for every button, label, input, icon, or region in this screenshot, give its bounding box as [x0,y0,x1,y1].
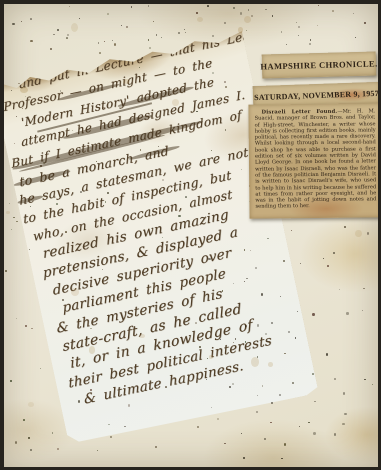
speck [30,40,32,42]
clipping-masthead: HAMPSHIRE CHRONICLE. [262,52,377,79]
speck [323,258,324,259]
speck [246,30,247,31]
speck [355,230,362,238]
speck [299,426,301,428]
speck [50,48,52,50]
speck [30,18,32,20]
speck [248,9,249,10]
speck [334,433,336,435]
speck [30,449,32,451]
speck [244,16,252,23]
photo-frame: and put in Lecture — that his Lecture Pr… [0,0,381,470]
speck [71,23,78,32]
speck [10,380,12,381]
speck [367,232,369,235]
speck [131,6,133,8]
speck [12,23,14,25]
speck [313,432,316,435]
speck [15,441,17,444]
speck [16,221,18,223]
speck [153,21,154,22]
speck [256,411,258,413]
speck [155,446,157,449]
speck [317,25,318,26]
article-body: —Mr. H. M. Suacid, manager of Brown Bros… [255,108,377,210]
speck [264,438,266,440]
speck [342,423,344,425]
speck [21,21,22,22]
speck [212,35,213,36]
speck [13,217,15,218]
speck [107,13,108,15]
speck [271,402,273,403]
speck [241,433,242,434]
speck [148,39,149,41]
speck [28,402,35,407]
speck [333,252,335,254]
speck [298,35,299,36]
speck [284,443,286,445]
speck [98,42,99,43]
speck [207,5,209,7]
speck [224,22,226,24]
speck [66,37,68,39]
speck [126,26,127,27]
speck [25,325,27,328]
speck [327,265,329,267]
speck [308,422,309,423]
speck [233,7,234,8]
speck [57,29,59,31]
speck [6,211,9,214]
album-page: and put in Lecture — that his Lecture Pr… [4,4,378,467]
speck [326,353,328,355]
speck [148,5,150,7]
speck [312,313,314,316]
speck [53,34,54,35]
speck [281,31,282,32]
speck [353,13,354,14]
speck [185,32,186,33]
speck [40,368,41,369]
speck [281,458,282,459]
speck [314,401,316,403]
speck [363,288,365,289]
speck [184,29,185,30]
speck [343,392,345,394]
speck [251,15,253,17]
speck [364,379,365,380]
speck [31,328,33,330]
speck [178,32,180,34]
speck [121,25,122,26]
speck [57,448,59,451]
article-paragraph: Disraeli Letter Found.—Mr. H. M. Suacid,… [254,108,376,210]
speck [197,17,203,22]
speck [270,422,271,423]
speck [332,10,334,12]
speck [298,26,300,28]
speck [364,22,366,23]
speck [110,436,112,438]
speck [67,34,69,36]
speck [272,15,273,16]
speck [334,378,336,380]
speck [161,37,162,38]
speck [224,443,225,444]
speck [355,37,356,38]
speck [344,226,346,229]
speck [196,12,197,13]
speck [52,432,54,434]
speck [300,263,301,264]
speck [97,450,98,451]
speck [99,52,100,54]
speck [296,22,297,23]
speck [16,318,17,319]
clipping-article: Disraeli Letter Found.—Mr. H. M. Suacid,… [248,103,378,218]
speck [79,18,80,19]
speck [344,413,346,415]
speck [69,6,70,7]
speck [112,40,113,41]
speck [217,418,219,420]
speck [9,203,10,204]
speck [318,5,319,6]
speck [114,43,116,46]
speck [243,457,245,459]
speck [156,34,157,35]
speck [240,12,242,14]
speck [104,41,105,42]
speck [346,312,348,314]
speck [291,230,292,231]
speck [372,384,373,385]
speck [28,437,30,438]
speck [149,47,151,49]
speck [11,229,12,230]
speck [310,39,311,40]
speck [23,419,24,421]
speck [5,270,7,272]
speck [265,9,266,10]
speck [286,44,287,45]
speck [362,310,363,311]
speck [197,426,199,428]
speck [18,83,20,84]
speck [309,43,311,45]
speck [339,289,341,291]
